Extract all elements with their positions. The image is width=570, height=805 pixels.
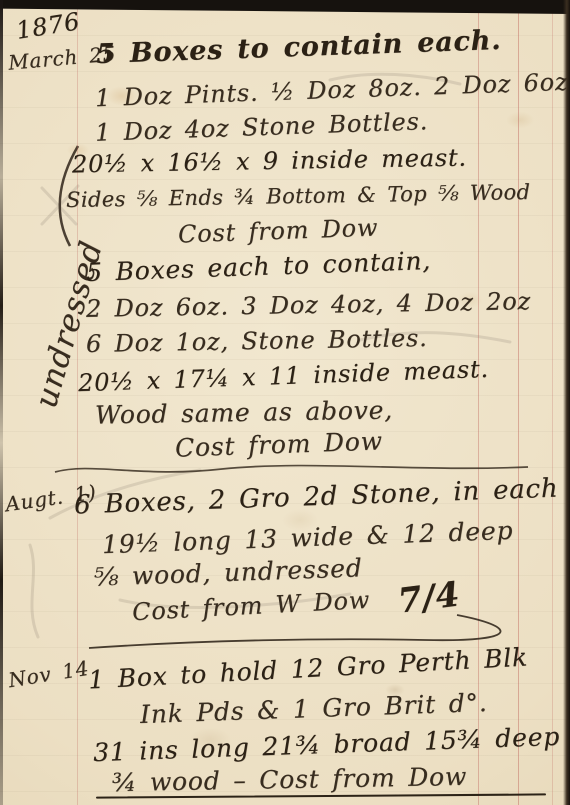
entry1-line10: 20½ x 17¼ x 11 inside meast. [78, 355, 490, 397]
entry2-line1: 6 Boxes, 2 Gro 2d Stone, in each [74, 474, 559, 521]
entry2-line4: Cost from W Dow [131, 586, 370, 626]
cash-rule-2 [518, 0, 519, 805]
margin-rule-left [77, 0, 78, 805]
entry1-line4: 20½ x 16½ x 9 inside meast. [72, 144, 467, 179]
scan-edge-top [0, 0, 570, 14]
entry1-line9: 6 Doz 1oz, Stone Bottles. [86, 324, 428, 358]
entry3-date: Nov 14 [7, 656, 91, 692]
entry3-line4: ¾ wood – Cost from Dow [112, 762, 468, 797]
entry1-line2: 1 Doz Pints. ½ Doz 8oz. 2 Doz 6oz [95, 68, 569, 113]
entry3-line2: Ink Pds & 1 Gro Brit d°. [140, 688, 488, 729]
entry3-line1: 1 Box to hold 12 Gro Perth Blk [88, 643, 529, 695]
entry3-line3: 31 ins long 21¾ broad 15¾ deep [93, 722, 561, 767]
cash-rule-3 [552, 0, 553, 805]
entry1-line5: Sides ⅝ Ends ¾ Bottom & Top ⅝ Wood [66, 180, 531, 212]
entry2-line2: 19½ long 13 wide & 12 deep [102, 516, 514, 559]
entry1-line8: 2 Doz 6oz. 3 Doz 4oz, 4 Doz 2oz [86, 287, 531, 323]
entry2-line3: ⅝ wood, undressed [94, 553, 363, 591]
entry2-price: 7/4 [396, 574, 463, 621]
entry1-line7: 5 Boxes each to contain, [86, 246, 432, 287]
entry1-line11: Wood same as above, [95, 395, 393, 429]
entry1-line6: Cost from Dow [178, 214, 379, 249]
entry1-line3: 1 Doz 4oz Stone Bottles. [95, 107, 429, 147]
scan-edge-right [563, 0, 570, 805]
scan-edge-left [0, 0, 3, 805]
entry1-line1: 5 Boxes to contain each. [96, 25, 502, 70]
entry1-line12: Cost from Dow [175, 426, 384, 462]
ledger-page: 1876 undressed March 25 5 Boxes to conta… [0, 0, 570, 805]
cash-rule-1 [478, 0, 479, 805]
year-label: 1876 [14, 7, 82, 45]
